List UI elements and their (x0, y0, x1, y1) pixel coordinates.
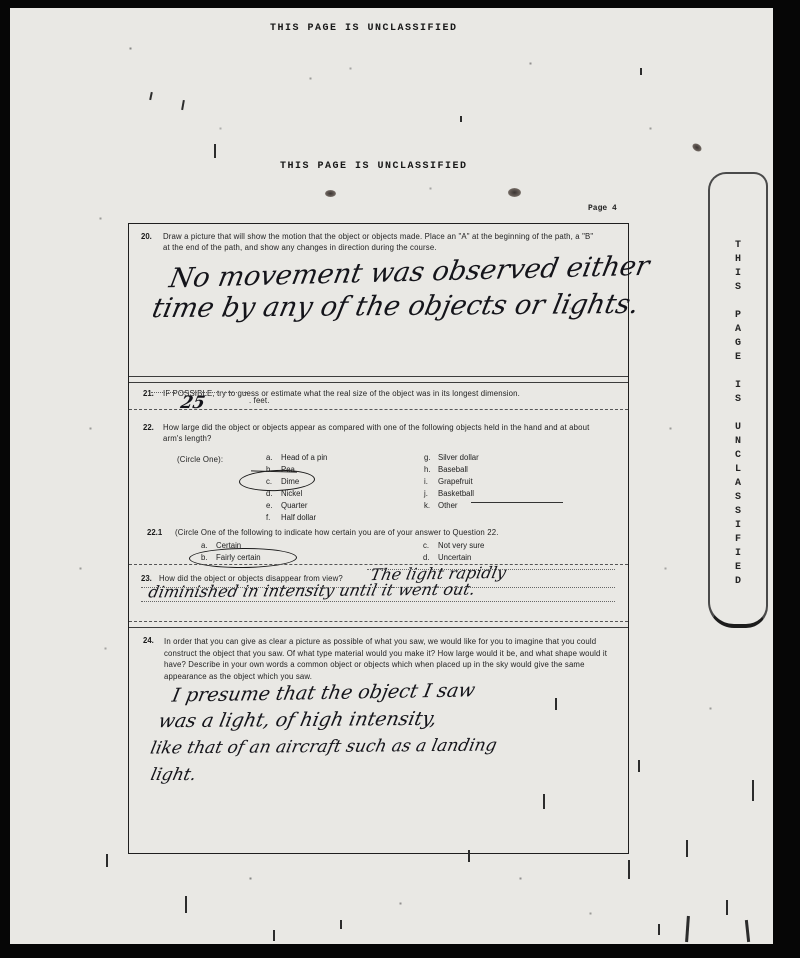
circled-answer-dime (239, 469, 316, 493)
scan-artifact (686, 840, 688, 857)
q20-handwritten-answer-line2: time by any of the objects or lights. (149, 289, 641, 324)
q22-option-letter: a. (266, 453, 273, 462)
scan-artifact (685, 916, 690, 942)
page-number: Page 4 (588, 204, 617, 213)
answer-rule (141, 587, 615, 588)
q22-option-letter: g. (424, 453, 431, 462)
other-answer-line (471, 502, 563, 503)
q21-text: IF POSSIBLE, try to guess or estimate wh… (163, 389, 613, 400)
q21-number: 21. (143, 389, 154, 398)
q24-handwritten-answer-line2: was a light, of high intensity, (157, 708, 439, 732)
q22-1-option-label: Not very sure (438, 541, 484, 550)
scan-artifact (555, 698, 557, 710)
q22-1-number: 22.1 (147, 528, 162, 537)
scan-artifact (340, 920, 342, 929)
q22-option-label: Basketball (438, 489, 474, 498)
section-divider (129, 376, 628, 377)
q22-option-letter: i. (424, 477, 428, 486)
scan-artifact (543, 794, 545, 809)
q21-answer-suffix: . feet. (249, 396, 270, 407)
scan-artifact (149, 92, 152, 100)
classification-banner-top: THIS PAGE IS UNCLASSIFIED (270, 23, 458, 34)
q24-handwritten-answer-line1: I presume that the object I saw (170, 679, 477, 706)
scan-artifact (460, 116, 462, 122)
q23-handwritten-answer-line2: diminished in intensity until it went ou… (147, 580, 477, 602)
q20-number: 20. (141, 232, 152, 241)
scan-artifact (638, 760, 640, 772)
answer-rule (141, 601, 615, 602)
side-classification-strip: THIS PAGE IS UNCLASSIFIED (708, 172, 768, 628)
q24-handwritten-answer-line3: like that of an aircraft such as a landi… (149, 735, 499, 758)
section-divider (129, 382, 628, 383)
q22-circle-one-label: (Circle One): (177, 455, 223, 466)
q22-option-label: Silver dollar (438, 453, 479, 462)
section-divider-dashed (129, 409, 628, 410)
q24-handwritten-answer-line4: light. (149, 765, 198, 785)
classification-banner-mid: THIS PAGE IS UNCLASSIFIED (280, 161, 468, 172)
q24-text: In order that you can give as clear a pi… (164, 636, 616, 682)
q22-option-letter: k. (424, 501, 430, 510)
q22-option-label: Half dollar (281, 513, 316, 522)
scan-artifact (214, 144, 216, 158)
scan-artifact (752, 780, 754, 801)
q20-text: Draw a picture that will show the motion… (163, 232, 601, 253)
section-divider (129, 627, 628, 628)
q24-number: 24. (143, 636, 154, 645)
scanned-page: THIS PAGE IS UNCLASSIFIED THIS PAGE IS U… (10, 8, 773, 944)
q22-text: How large did the object or objects appe… (163, 423, 609, 444)
questionnaire-form: 20. Draw a picture that will show the mo… (128, 223, 629, 854)
q22-1-option-letter: d. (423, 553, 430, 562)
q22-option-letter: e. (266, 501, 273, 510)
q22-1-option-letter: c. (423, 541, 429, 550)
answer-rule (151, 392, 247, 393)
ink-smudge (691, 142, 703, 153)
q22-number: 22. (143, 423, 154, 432)
scan-artifact (468, 850, 470, 862)
q22-option-label: Head of a pin (281, 453, 327, 462)
circled-answer-fairly-certain (189, 548, 297, 569)
q22-option-label: Grapefruit (438, 477, 473, 486)
answer-rule (367, 569, 615, 570)
scan-artifact (185, 896, 187, 913)
q22-option-letter: f. (266, 513, 270, 522)
q22-option-letter: j. (424, 489, 428, 498)
scan-artifact (658, 924, 660, 935)
scan-artifact (106, 854, 108, 867)
q22-1-text: (Circle One of the following to indicate… (175, 528, 615, 539)
q22-option-label: Quarter (281, 501, 307, 510)
staple-mark-right (508, 188, 521, 197)
section-divider-dashed (129, 621, 628, 622)
side-strip-text: THIS PAGE IS UNCLASSIFIED (733, 240, 744, 590)
q21-handwritten-answer: 25 (179, 393, 207, 413)
scan-artifact (726, 900, 728, 915)
scan-artifact (181, 100, 184, 110)
q22-1-option-label: Uncertain (438, 553, 471, 562)
q22-option-label: Other (438, 501, 458, 510)
q20-handwritten-answer-line1: No movement was observed either (167, 251, 652, 294)
q22-option-letter: h. (424, 465, 431, 474)
staple-mark-left (325, 190, 336, 197)
scan-noise (10, 8, 11, 9)
q22-1-option-letter: a. (201, 541, 208, 550)
scan-artifact (273, 930, 275, 941)
scan-artifact (745, 920, 750, 942)
q22-option-label: Baseball (438, 465, 468, 474)
scan-artifact (628, 860, 630, 879)
scan-artifact (640, 68, 642, 75)
